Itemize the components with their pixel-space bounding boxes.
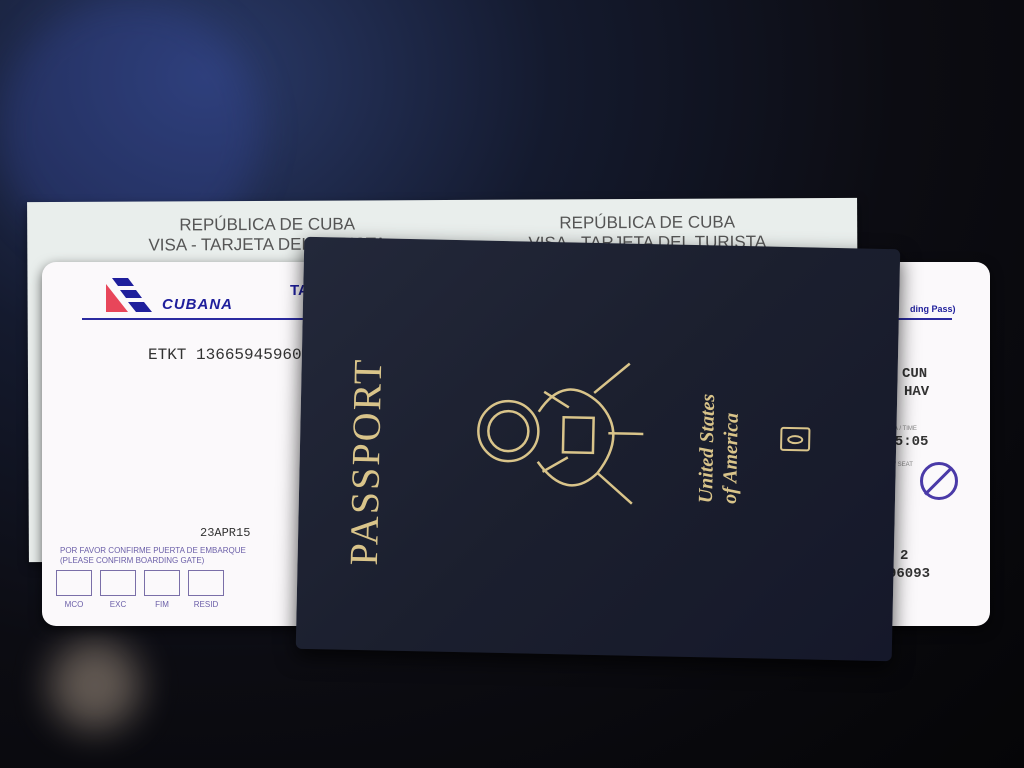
passport-title: PASSPORT xyxy=(340,357,391,566)
visa-title: REPÚBLICA DE CUBA xyxy=(117,214,417,236)
gate-notice-es: POR FAVOR CONFIRME PUERTA DE EMBARQUE xyxy=(60,546,246,556)
biometric-chip-icon xyxy=(780,427,810,452)
stub-number: 96093 xyxy=(888,566,930,582)
box-labels: MCO EXC FIM RESID xyxy=(56,600,224,609)
cubana-logo-icon xyxy=(106,278,158,312)
ticket-number: ETKT 13665945960 xyxy=(148,346,302,364)
passport-country: United States of America xyxy=(694,394,744,504)
row-value: 2 xyxy=(900,548,908,564)
box-exc xyxy=(100,570,136,596)
box-fim xyxy=(144,570,180,596)
box-label: MCO xyxy=(56,600,92,609)
country-line-2: of America xyxy=(718,394,744,504)
destination-code: HAV xyxy=(904,384,929,400)
country-line-1: United States xyxy=(694,394,720,504)
check-boxes xyxy=(56,570,224,596)
eagle-seal-icon xyxy=(466,350,660,524)
airline-name: CUBANA xyxy=(162,296,233,313)
box-label: EXC xyxy=(100,600,136,609)
us-passport: PASSPORT United States of America xyxy=(296,237,900,661)
box-resid xyxy=(188,570,224,596)
gate-notice: POR FAVOR CONFIRME PUERTA DE EMBARQUE (P… xyxy=(60,546,246,566)
stub-header: ding Pass) xyxy=(910,304,956,314)
gate-notice-en: (PLEASE CONFIRM BOARDING GATE) xyxy=(60,556,246,566)
box-mco xyxy=(56,570,92,596)
origin-code: CUN xyxy=(902,366,927,382)
visa-title: REPÚBLICA DE CUBA xyxy=(497,212,797,234)
box-label: RESID xyxy=(188,600,224,609)
light-reflection xyxy=(50,640,140,730)
issue-date: 23APR15 xyxy=(200,526,250,540)
box-label: FIM xyxy=(144,600,180,609)
no-smoking-icon xyxy=(920,462,958,500)
